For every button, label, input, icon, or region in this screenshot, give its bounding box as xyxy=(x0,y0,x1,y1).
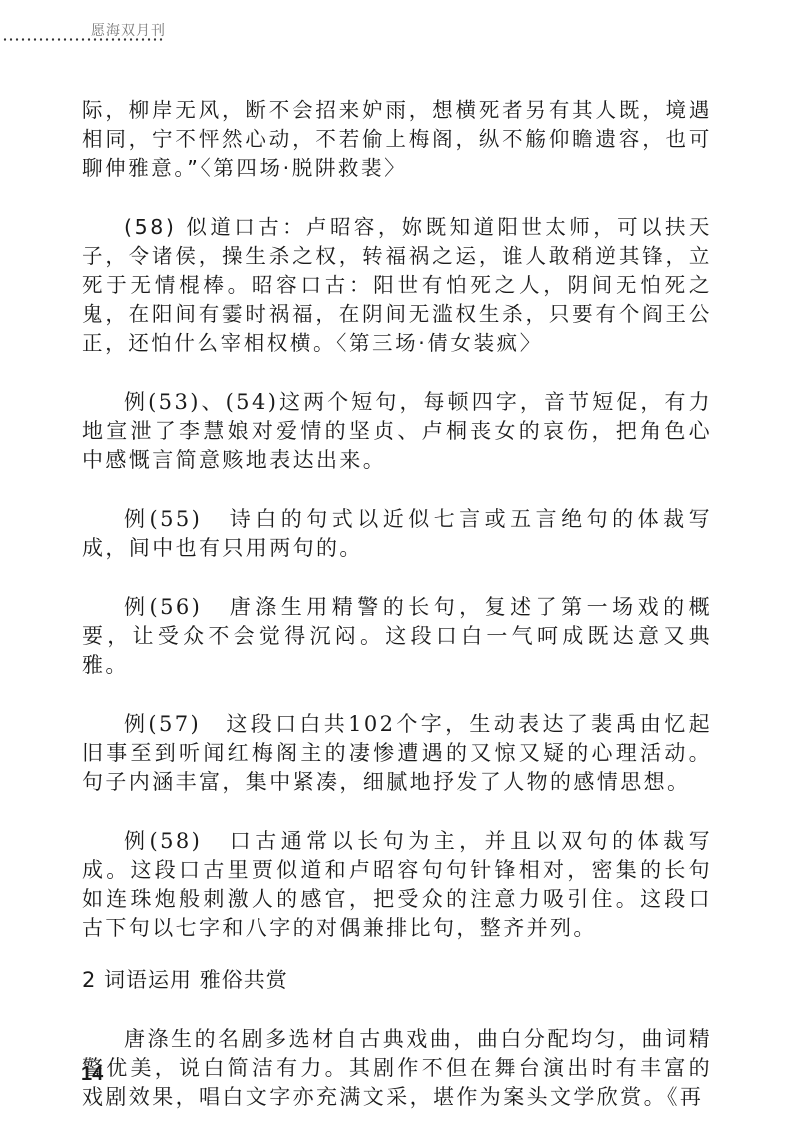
commentary-paragraph-53-54: 例(53)、(54)这两个短句，每顿四字，音节短促，有力地宣泄了李慧娘对爱情的坚… xyxy=(82,388,712,475)
commentary-paragraph-57: 例(57) 这段口白共102个字，生动表达了裴禹由忆起旧事至到听闻红梅阁主的凄惨… xyxy=(82,710,712,797)
running-header: 愿海双月刊 xyxy=(0,20,166,46)
quote-paragraph-continued: 际，柳岸无风，断不会招来妒雨，想横死者另有其人既，境遇相同，宁不怦然心动，不若偷… xyxy=(82,96,712,183)
commentary-paragraph-58: 例(58) 口古通常以长句为主，并且以双句的体裁写成。这段口古里贾似道和卢昭容句… xyxy=(82,827,712,943)
journal-title: 愿海双月刊 xyxy=(91,20,166,40)
page-number: 14 xyxy=(81,1063,103,1086)
dotted-rule-divider xyxy=(2,38,164,41)
section-intro-paragraph: 唐涤生的名剧多选材自古典戏曲，曲白分配均匀，曲词精警优美，说白简洁有力。其剧作不… xyxy=(82,1025,712,1112)
section-heading: 2 词语运用 雅俗共赏 xyxy=(82,965,712,995)
commentary-paragraph-56: 例(56) 唐涤生用精警的长句，复述了第一场戏的概要，让受众不会觉得沉闷。这段口… xyxy=(82,593,712,680)
quote-paragraph-example-58: (58) 似道口古：卢昭容，妳既知道阳世太师，可以扶天子，令诸侯，操生杀之权，转… xyxy=(82,213,712,358)
commentary-paragraph-55: 例(55) 诗白的句式以近似七言或五言绝句的体裁写成，间中也有只用两句的。 xyxy=(82,505,712,563)
page-body: 际，柳岸无风，断不会招来妒雨，想横死者另有其人既，境遇相同，宁不怦然心动，不若偷… xyxy=(82,96,712,1112)
